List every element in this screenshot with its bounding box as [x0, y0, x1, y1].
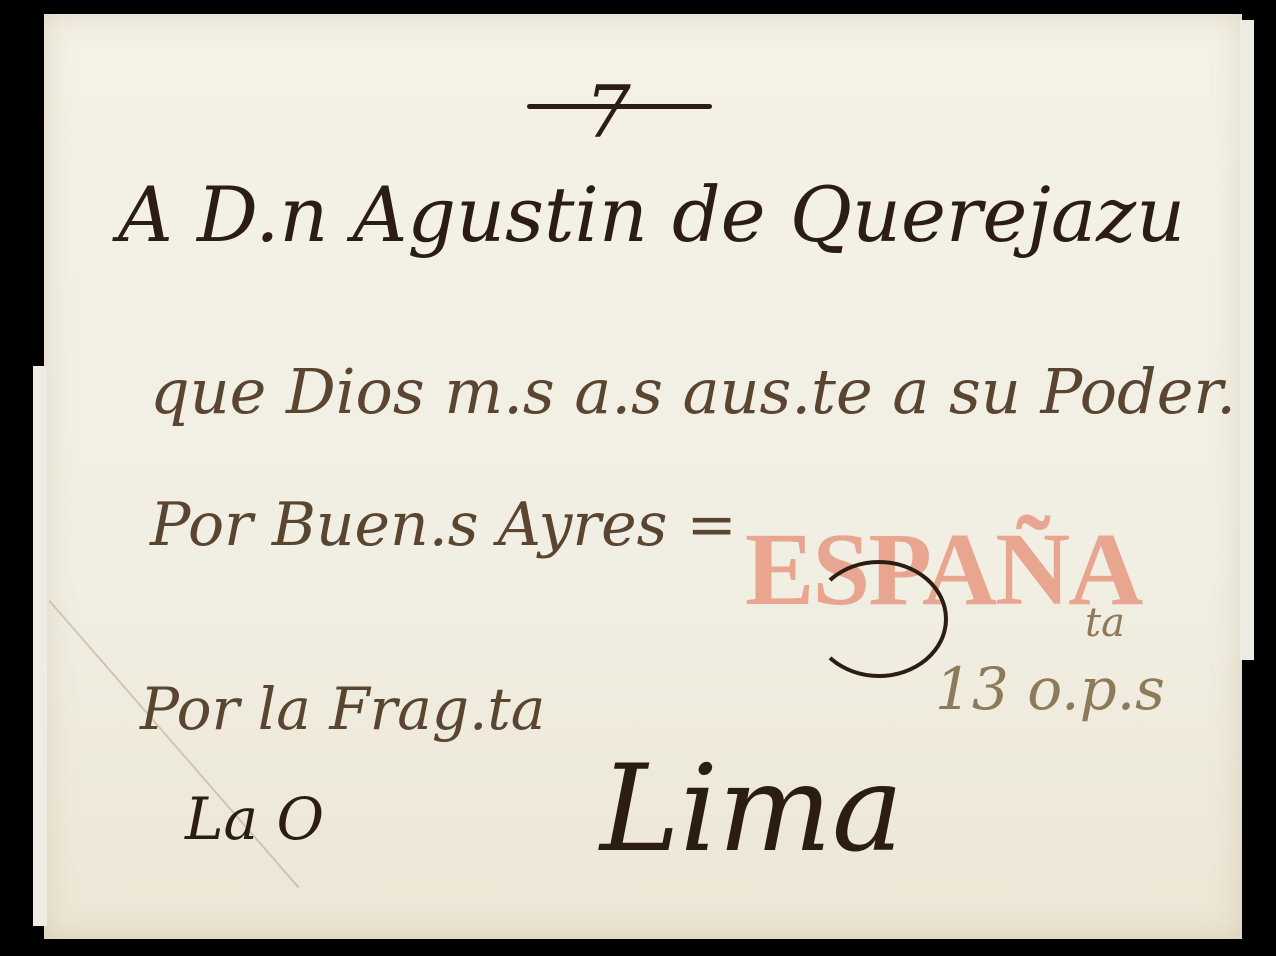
paper-flap-left: [33, 366, 47, 926]
address-line-2: que Dios m.s a.s aus.te a su Poder.: [150, 355, 1236, 428]
ship-note-line-2: La O: [185, 785, 324, 853]
address-line-1: A D.n Agustin de Querejazu: [118, 170, 1185, 259]
manuscript-rate: 13 o.p.s: [935, 655, 1165, 723]
ship-note-line-1: Por la Frag.ta: [140, 675, 545, 743]
destination-city: Lima: [600, 740, 903, 879]
rate-mark: 7: [585, 70, 631, 154]
paper-flap-right: [1240, 20, 1254, 660]
manuscript-rate-superscript: ta: [1085, 600, 1125, 646]
address-line-3: Por Buen.s Ayres =: [150, 490, 737, 560]
destination-flourish: [810, 560, 948, 678]
